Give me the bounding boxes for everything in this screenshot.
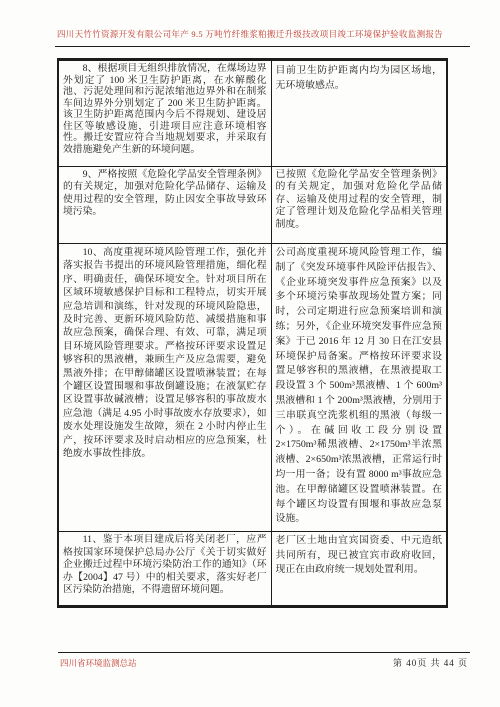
implementation-cell-8: 目前卫生防护距离内均为园区场地，无环境敏感点。 xyxy=(271,60,447,167)
measures-table: 8、根据项目无组织排放情况，在煤场边界外划定了 100 米卫生防护距离，在水解酸… xyxy=(57,58,448,608)
report-title-header: 四川天竹竹资源开发有限公司年产 9.5 万吨竹纤维浆粕搬迁升级技改项目竣工环境保… xyxy=(57,29,443,39)
table-row: 11、鉴于本项目建成后将关闭老厂，应严格按国家环境保护总局办公厅《关于切实做好企… xyxy=(58,532,447,607)
requirement-cell-8: 8、根据项目无组织排放情况，在煤场边界外划定了 100 米卫生防护距离，在水解酸… xyxy=(58,60,271,167)
footer-organization: 四川省环境监测总站 xyxy=(60,657,137,669)
requirement-cell-9: 9、严格按照《危险化学品安全管理条例》的有关规定，加强对危险化学品储存、运输及使… xyxy=(58,167,271,244)
page-header: 四川天竹竹资源开发有限公司年产 9.5 万吨竹纤维浆粕搬迁升级技改项目竣工环境保… xyxy=(0,28,500,40)
requirement-cell-11: 11、鉴于本项目建成后将关闭老厂，应严格按国家环境保护总局办公厅《关于切实做好企… xyxy=(58,532,271,607)
table-row: 9、严格按照《危险化学品安全管理条例》的有关规定，加强对危险化学品储存、运输及使… xyxy=(58,167,447,244)
requirement-cell-10: 10、高度重视环境风险管理工作，强化并落实报告书提出的环境风险管理措施，细化程序… xyxy=(58,244,271,532)
table-row: 10、高度重视环境风险管理工作，强化并落实报告书提出的环境风险管理措施，细化程序… xyxy=(58,244,447,532)
footer-page-number: 第 40页 共 44 页 xyxy=(393,656,468,669)
implementation-cell-10: 公司高度重视环境风险管理工作，编制了《突发环境事件风险评估报告》、《企业环境突发… xyxy=(271,244,447,532)
footer-rule xyxy=(58,652,470,653)
implementation-cell-11: 老厂区土地由宜宾国资委、中元造纸共同所有，现已被宜宾市政府收回，现正在由政府统一… xyxy=(271,532,447,607)
header-rule xyxy=(55,46,470,47)
implementation-cell-9: 已按照《危险化学品安全管理条例》的有关规定，加强对危险化学品储存、运输及使用过程… xyxy=(271,167,447,244)
table-row: 8、根据项目无组织排放情况，在煤场边界外划定了 100 米卫生防护距离，在水解酸… xyxy=(58,60,447,167)
document-page: 四川天竹竹资源开发有限公司年产 9.5 万吨竹纤维浆粕搬迁升级技改项目竣工环境保… xyxy=(0,0,500,707)
